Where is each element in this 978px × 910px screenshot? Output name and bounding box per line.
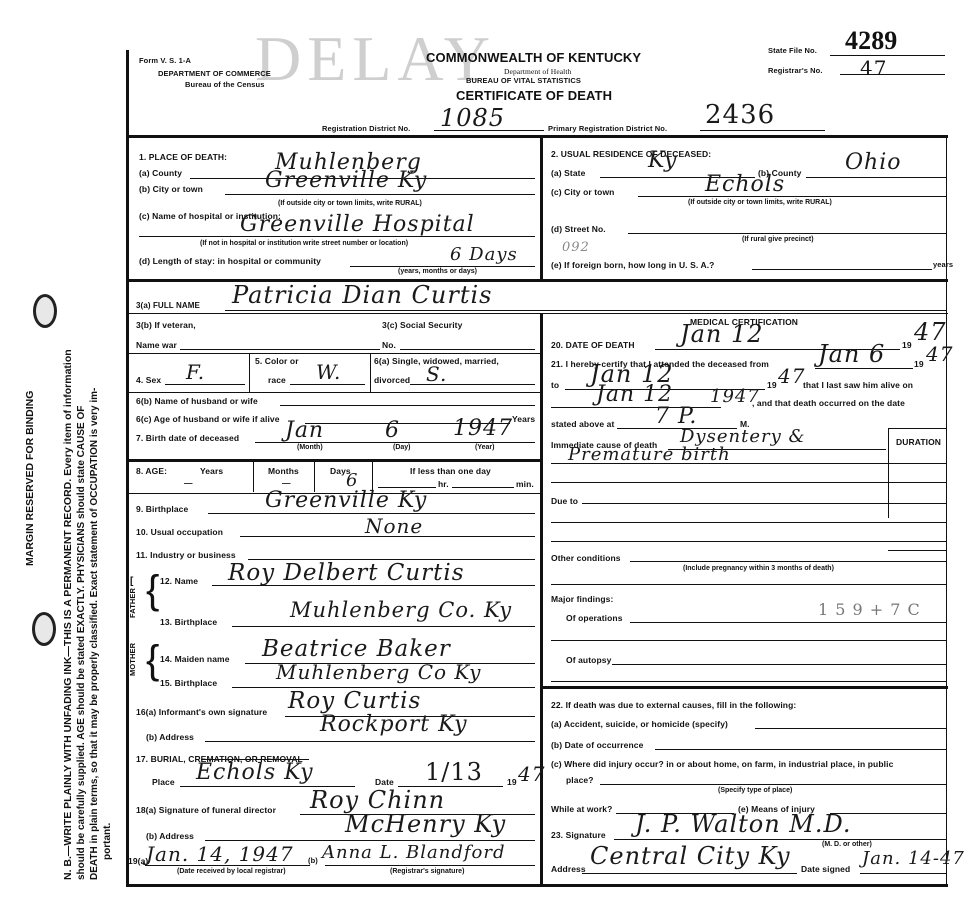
external-heading: 22. If death was due to external causes,…: [551, 700, 796, 710]
full-name-value[interactable]: Patricia Dian Curtis: [232, 281, 492, 309]
hospital-value[interactable]: Greenville Hospital: [240, 212, 475, 237]
full-name-label: 3(a) FULL NAME: [136, 301, 200, 310]
operations-line: [630, 622, 946, 623]
received-value[interactable]: Jan. 14, 1947: [146, 842, 294, 866]
stated-label: stated above at: [551, 419, 614, 429]
res-state-label: (a) State: [551, 168, 585, 178]
column-divider-main: [540, 313, 543, 884]
spouse-name-label: 6(b) Name of husband or wife: [136, 396, 258, 406]
autopsy-label: Of autopsy: [566, 655, 611, 665]
burial-place-value[interactable]: Echols Ky: [196, 760, 314, 785]
color-label-2: race: [268, 375, 286, 385]
name-war-label: Name war: [136, 340, 177, 350]
father-tag: FATHER: [128, 588, 137, 618]
father-name-value[interactable]: Roy Delbert Curtis: [228, 560, 465, 586]
bureau-census: Bureau of the Census: [185, 80, 265, 89]
dod-label: 20. DATE OF DEATH: [551, 340, 635, 350]
res-street-line: [628, 233, 946, 234]
duration-top-line: [888, 428, 946, 429]
external-b-line: [655, 749, 946, 750]
due-to-label: Due to: [551, 496, 578, 506]
birth-month[interactable]: Jan: [285, 418, 324, 443]
sex-value[interactable]: F.: [186, 360, 205, 384]
spouse-name-line: [280, 405, 535, 406]
residence-heading: 2. USUAL RESIDENCE OF DECEASED:: [551, 149, 711, 159]
burial-year-value[interactable]: 47: [518, 762, 545, 786]
last-saw-label: that I last saw him alive on: [803, 380, 913, 390]
veteran-label: 3(b) If veteran,: [136, 320, 196, 330]
form-left-border: [126, 50, 129, 885]
operations-note: 1 5 9 + 7 C: [818, 600, 921, 619]
form-right-border: [946, 135, 947, 885]
ssn-line: [400, 349, 535, 350]
state-file-label: State File No.: [768, 46, 817, 55]
row-divider-birth: [126, 459, 540, 462]
res-state-value[interactable]: Ky: [648, 148, 677, 173]
dept-commerce: DEPARTMENT OF COMMERCE: [158, 69, 271, 78]
years-value[interactable]: —: [184, 478, 193, 488]
res-city-line: [638, 196, 946, 197]
father-bracket: {: [146, 570, 159, 610]
city-line: [225, 194, 535, 195]
director-addr-value[interactable]: McHenry Ky: [345, 810, 506, 838]
to-label: to: [551, 380, 559, 390]
age-label: 8. AGE:: [136, 466, 167, 476]
autopsy-line-2: [551, 681, 946, 682]
min-line: [452, 487, 514, 488]
mother-bracket: {: [146, 640, 159, 680]
res-foreign-line: [752, 269, 932, 270]
stay-value[interactable]: 6 Days: [450, 244, 518, 265]
stay-line: [350, 266, 535, 267]
sex-line: [165, 384, 245, 385]
external-c-hint: (Specify type of place): [718, 787, 792, 794]
director-addr-label: (b) Address: [146, 831, 194, 841]
informant-addr-line: [205, 741, 535, 742]
mother-name-label: 14. Maiden name: [160, 654, 230, 664]
department-health: Department of Health: [504, 67, 571, 76]
months-value[interactable]: —: [282, 478, 291, 488]
color-divider: [370, 353, 371, 392]
attend-from-year-prefix: 19: [914, 359, 924, 369]
registrar-no-value: 47: [860, 56, 887, 80]
certifier-sig-hint: (M. D. or other): [822, 841, 872, 848]
certifier-addr-line: [582, 873, 797, 874]
informant-sig-label: 16(a) Informant's own signature: [136, 707, 267, 717]
received-hint: (Date received by local registrar): [177, 868, 286, 875]
registrar-line: [325, 865, 535, 866]
hr-label: hr.: [438, 479, 449, 489]
binding-hole-top: [33, 294, 57, 328]
mother-tag: MOTHER: [128, 643, 137, 676]
reg-district-value: 1085: [440, 104, 505, 132]
res-foreign-unit: years: [933, 260, 953, 269]
sex-label: 4. Sex: [136, 375, 161, 385]
birthplace-value[interactable]: Greenville Ky: [265, 488, 427, 513]
registrar-value[interactable]: Anna L. Blandford: [322, 842, 506, 863]
sex-divider: [249, 353, 250, 392]
years-label: Years: [200, 466, 223, 476]
cause-line2[interactable]: Premature birth: [568, 444, 731, 465]
dod-value[interactable]: Jan 12: [680, 320, 764, 348]
res-street-label: (d) Street No.: [551, 224, 606, 234]
instructions-line-1: N. B.—WRITE PLAINLY WITH UNFADING INK—TH…: [62, 349, 75, 880]
industry-label: 11. Industry or business: [136, 550, 236, 560]
certifier-sig-label: 23. Signature: [551, 830, 606, 840]
attend-from-year[interactable]: 47: [926, 342, 953, 366]
binding-note: MARGIN RESERVED FOR BINDING: [24, 391, 37, 566]
state-file-line: [830, 55, 945, 56]
cause-line-3: [551, 482, 946, 483]
registrar-no-line: [840, 74, 945, 75]
min-label: min.: [516, 479, 534, 489]
certifier-date-value[interactable]: Jan. 14-47: [862, 848, 965, 869]
county-label: (a) County: [139, 168, 182, 178]
name-war-line: [180, 349, 380, 350]
to-year-prefix: 19: [767, 380, 777, 390]
day-hint: (Day): [393, 444, 411, 451]
spouse-age-label: 6(c) Age of husband or wife if alive: [136, 414, 280, 424]
external-a-line: [755, 728, 946, 729]
full-name-under: [126, 313, 948, 314]
due-to-line-3: [551, 541, 946, 542]
birth-year[interactable]: 1947: [453, 416, 513, 441]
operations-line-2: [551, 640, 946, 641]
stay-hint: (years, months or days): [398, 268, 477, 275]
section-divider-external: [540, 686, 948, 689]
burial-date-value[interactable]: 1/13: [425, 758, 483, 786]
instructions-line-3: DEATH in plain terms, so that it may be …: [88, 388, 101, 880]
father-birth-line: [232, 626, 535, 627]
row-divider-veteran: [126, 353, 540, 354]
mother-birth-value[interactable]: Muhlenberg Co Ky: [276, 660, 481, 684]
attend-from[interactable]: Jan 6: [818, 340, 885, 368]
marital-label-2: divorced: [374, 375, 410, 385]
instructions-line-2: should be carefully supplied. AGE should…: [75, 406, 88, 880]
color-value[interactable]: W.: [316, 360, 341, 384]
occupation-label: 10. Usual occupation: [136, 527, 223, 537]
ssn-label: 3(c) Social Security: [382, 320, 462, 330]
marital-value[interactable]: S.: [426, 362, 447, 386]
certificate-title: CERTIFICATE OF DEATH: [456, 88, 612, 103]
burial-year-prefix: 19: [507, 777, 517, 787]
other-line: [630, 561, 946, 562]
bureau-vital-stats: BUREAU OF VITAL STATISTICS: [466, 76, 581, 85]
director-addr-line: [205, 840, 535, 841]
birthplace-label: 9. Birthplace: [136, 504, 188, 514]
birth-label: 7. Birth date of deceased: [136, 433, 239, 443]
other-line-2: [551, 584, 946, 585]
res-city-label: (c) City or town: [551, 187, 614, 197]
due-to-line: [582, 503, 946, 504]
certifier-sig-line: [614, 839, 946, 840]
spouse-age-unit: Years: [512, 414, 535, 424]
operations-label: Of operations: [566, 613, 623, 623]
certifier-addr-label: Address: [551, 864, 586, 874]
hospital-line: [139, 236, 535, 237]
less-day-label: If less than one day: [410, 466, 491, 476]
ssn-no-label: No.: [382, 340, 396, 350]
other-hint: (Include pregnancy within 3 months of de…: [683, 565, 834, 572]
father-birth-label: 13. Birthplace: [160, 617, 217, 627]
external-c-label: (c) Where did injury occur? in or about …: [551, 759, 893, 769]
external-c-label-2: place?: [566, 775, 594, 785]
other-label: Other conditions: [551, 553, 621, 563]
primary-reg-line: [700, 130, 825, 131]
column-divider-top: [540, 137, 543, 279]
place-of-death-heading: 1. PLACE OF DEATH:: [139, 152, 227, 162]
color-label-1: 5. Color or: [255, 356, 299, 366]
registrar-no-label: Registrar's No.: [768, 66, 823, 75]
duration-bottom-line: [888, 550, 946, 551]
header-divider: [126, 135, 948, 138]
months-label: Months: [268, 466, 299, 476]
res-code-note: 092: [562, 240, 590, 255]
mother-birth-label: 15. Birthplace: [160, 678, 217, 688]
external-b-label: (b) Date of occurrence: [551, 740, 643, 750]
external-c-line: [600, 784, 946, 785]
father-name-label: 12. Name: [160, 576, 198, 586]
informant-addr-value[interactable]: Rockport Ky: [320, 712, 468, 737]
reg-district-line: [434, 130, 544, 131]
row-divider-sex: [126, 392, 540, 393]
cause-line-2: [551, 463, 946, 464]
burial-place-label: Place: [152, 777, 175, 787]
duration-divider: [888, 428, 889, 518]
duration-label: DURATION: [896, 437, 941, 447]
city-label: (b) City or town: [139, 184, 203, 194]
due-to-line-2: [551, 522, 946, 523]
form-number: Form V. S. 1-A: [139, 56, 191, 65]
res-county-value[interactable]: Ohio: [845, 150, 902, 175]
father-birth-value[interactable]: Muhlenberg Co. Ky: [290, 598, 512, 622]
findings-label: Major findings:: [551, 594, 613, 604]
hospital-hint: (If not in hospital or institution write…: [200, 240, 408, 247]
director-label: 18(a) Signature of funeral director: [136, 805, 276, 815]
res-city-value[interactable]: Echols: [705, 172, 785, 197]
certifier-addr-value[interactable]: Central City Ky: [590, 842, 791, 870]
registrar-label: (b): [308, 856, 318, 865]
city-value[interactable]: Greenville Ky: [265, 168, 427, 193]
full-name-line: [225, 310, 946, 311]
binding-hole-bottom: [32, 612, 56, 646]
instructions-line-4: portant.: [101, 823, 114, 860]
informant-sig-value[interactable]: Roy Curtis: [288, 688, 421, 714]
res-city-hint: (If outside city or town limits, write R…: [688, 199, 832, 206]
certifier-date-line: [860, 873, 946, 874]
res-street-hint: (If rural give precinct): [742, 236, 814, 243]
informant-addr-label: (b) Address: [146, 732, 194, 742]
color-line: [290, 384, 365, 385]
state-file-value: 4289: [845, 26, 897, 56]
occupation-value[interactable]: None: [365, 514, 423, 538]
city-hint: (If outside city or town limits, write R…: [278, 200, 422, 207]
occurred-label: , and that death occurred on the date: [752, 398, 905, 408]
reg-district-label: Registration District No.: [322, 124, 410, 133]
external-a-label: (a) Accident, suicide, or homicide (spec…: [551, 719, 728, 729]
registrar-hint: (Registrar's signature): [390, 868, 464, 875]
birth-day[interactable]: 6: [385, 418, 400, 443]
dod-year-prefix: 19: [902, 340, 912, 350]
res-foreign-label: (e) If foreign born, how long in U. S. A…: [551, 260, 714, 270]
certifier-date-label: Date signed: [801, 864, 850, 874]
attend-from-line: [815, 368, 913, 369]
certifier-sig-value[interactable]: J. P. Walton M.D.: [635, 810, 852, 838]
year-hint: (Year): [475, 444, 494, 451]
to-year[interactable]: 47: [778, 364, 805, 388]
commonwealth-title: COMMONWEALTH OF KENTUCKY: [426, 50, 641, 65]
autopsy-line: [612, 664, 946, 665]
mother-name-value[interactable]: Beatrice Baker: [262, 636, 451, 662]
primary-reg-value: 2436: [705, 100, 775, 130]
form-bottom-border: [126, 884, 948, 887]
age-divider-1: [253, 460, 254, 492]
work-label: While at work?: [551, 804, 612, 814]
res-county-line: [806, 177, 946, 178]
stay-label: (d) Length of stay: in hospital or commu…: [139, 256, 321, 266]
primary-reg-label: Primary Registration District No.: [548, 124, 667, 133]
month-hint: (Month): [297, 444, 323, 451]
